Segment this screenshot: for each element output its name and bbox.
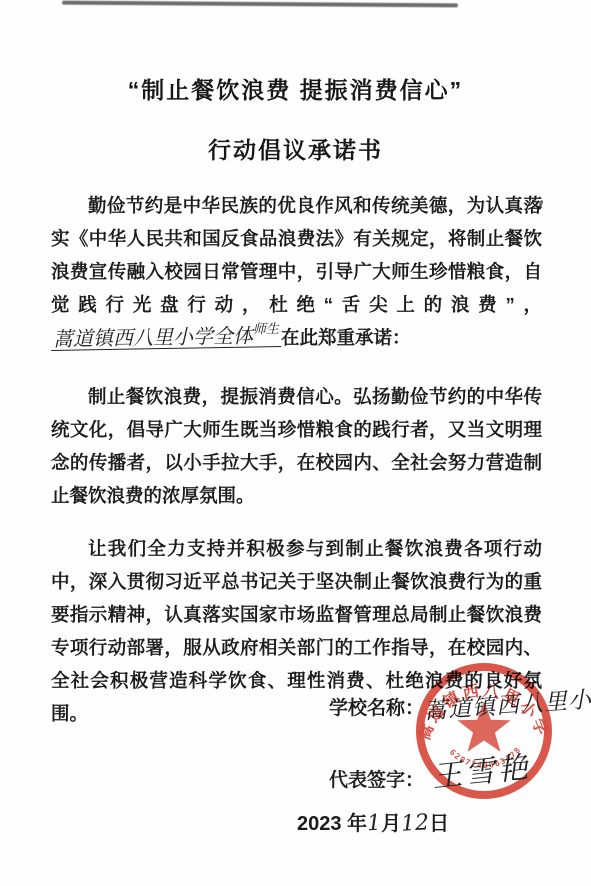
date-day-handwritten: 12 <box>400 810 429 836</box>
paragraph-2: 制止餐饮浪费，提振消费信心。弘扬勤俭节约的中华传统文化，倡导广大师生既当珍惜粮食… <box>51 380 542 512</box>
date-year: 2023 年 <box>297 813 367 835</box>
paragraph-1-text: 勤俭节约是中华民族的优良作风和传统美德，为认真落实《中华人民共和国反食品浪费法》… <box>51 195 542 315</box>
document-page: “制止餐饮浪费 提振消费信心” 行动倡议承诺书 勤俭节约是中华民族的优良作风和传… <box>0 0 591 886</box>
handwritten-school-fill: 蒿道镇西八里小学全体师生 <box>51 319 281 351</box>
document-title-line2: 行动倡议承诺书 <box>0 132 591 165</box>
signature-label: 代表签字： <box>329 770 424 791</box>
date-month-unit: 月 <box>381 813 401 835</box>
handwritten-fill-main: 蒿道镇西八里小学全体 <box>53 323 253 350</box>
school-name-line: 学校名称：蒿道镇西八里小学 <box>329 688 591 721</box>
date-line: 2023 年1月12日 <box>297 807 449 836</box>
handwritten-fill-superscript: 师生 <box>253 322 279 337</box>
document-title-line1: “制止餐饮浪费 提振消费信心” <box>0 72 591 105</box>
paragraph-1-tail: 在此郑重承诺： <box>281 327 411 348</box>
paragraph-1: 勤俭节约是中华民族的优良作风和传统美德，为认真落实《中华人民共和国反食品浪费法》… <box>51 189 542 354</box>
date-month-handwritten: 1 <box>366 811 381 837</box>
scan-edge-artifact <box>62 1 458 8</box>
date-day-unit: 日 <box>429 813 449 835</box>
document-body: 勤俭节约是中华民族的优良作风和传统美德，为认真落实《中华人民共和国反食品浪费法》… <box>51 189 542 730</box>
school-name-label: 学校名称： <box>329 698 424 719</box>
